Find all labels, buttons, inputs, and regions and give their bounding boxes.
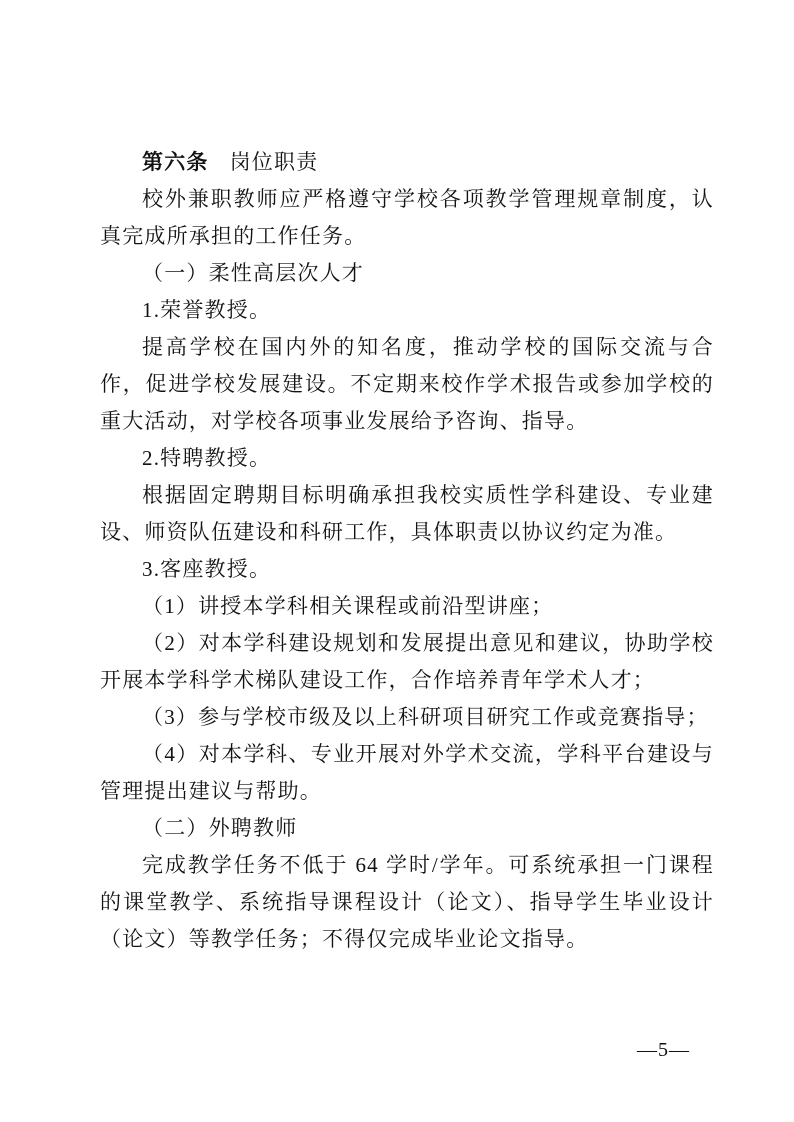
- sub-item-4: （4）对本学科、专业开展对外学术交流，学科平台建设与管理提出建议与帮助。: [100, 736, 714, 810]
- article-title: 岗位职责: [230, 150, 319, 174]
- list-item-1: 1.荣誉教授。: [100, 292, 714, 329]
- list-item-2: 2.特聘教授。: [100, 440, 714, 477]
- list-heading-2: （二）外聘教师: [100, 810, 714, 847]
- page-number: —5—: [637, 1038, 690, 1062]
- paragraph: 校外兼职教师应严格遵守学校各项教学管理规章制度，认真完成所承担的工作任务。: [100, 181, 714, 255]
- paragraph: 根据固定聘期目标明确承担我校实质性学科建设、专业建设、师资队伍建设和科研工作，具…: [100, 477, 714, 551]
- document-page: 第六条岗位职责 校外兼职教师应严格遵守学校各项教学管理规章制度，认真完成所承担的…: [0, 0, 794, 1122]
- list-item-3: 3.客座教授。: [100, 551, 714, 588]
- sub-item-3: （3）参与学校市级及以上科研项目研究工作或竞赛指导；: [100, 699, 714, 736]
- article-heading: 第六条岗位职责: [100, 144, 714, 181]
- paragraph: 提高学校在国内外的知名度，推动学校的国际交流与合作，促进学校发展建设。不定期来校…: [100, 329, 714, 440]
- paragraph: 完成教学任务不低于 64 学时/学年。可系统承担一门课程的课堂教学、系统指导课程…: [100, 847, 714, 958]
- document-body: 第六条岗位职责 校外兼职教师应严格遵守学校各项教学管理规章制度，认真完成所承担的…: [100, 144, 714, 958]
- article-number: 第六条: [142, 150, 209, 174]
- sub-item-2: （2）对本学科建设规划和发展提出意见和建议，协助学校开展本学科学术梯队建设工作，…: [100, 625, 714, 699]
- sub-item-1: （1）讲授本学科相关课程或前沿型讲座；: [100, 588, 714, 625]
- list-heading-1: （一）柔性高层次人才: [100, 255, 714, 292]
